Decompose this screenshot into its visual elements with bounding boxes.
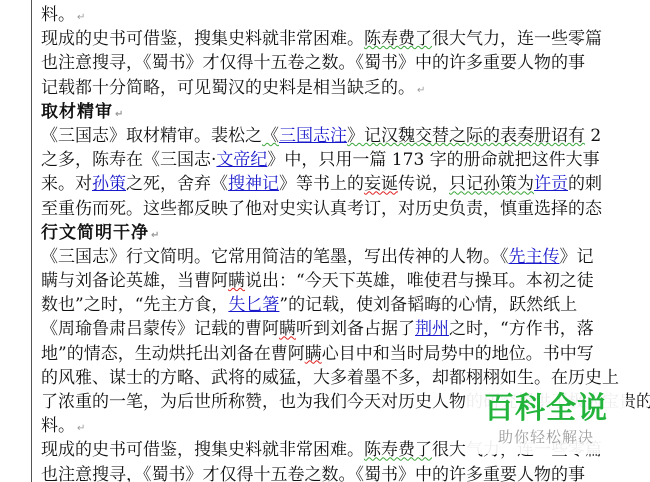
paragraph-mark-icon: ↵ bbox=[151, 230, 160, 241]
paragraph-line: 现成的史书可借鉴，搜集史料就非常困难。陈寿费了很大气力，连一些零篇 bbox=[41, 27, 650, 51]
hyperlink[interactable]: 许贡 bbox=[534, 174, 568, 194]
text-run: 之多，陈寿在《三国志· bbox=[41, 150, 216, 170]
paragraph-line: 也注意搜寻，《蜀书》才仅得十五卷之数。《蜀书》中的许多重要人物的事 bbox=[41, 51, 650, 75]
paragraph-mark-icon: ↵ bbox=[115, 109, 124, 120]
section-heading: 取材精审↵ bbox=[41, 100, 650, 124]
text-run: 数也”之时，“先主方食， bbox=[41, 295, 228, 315]
spelling-flagged-text: 瞒 bbox=[305, 344, 322, 364]
paragraph-line: 也注意搜寻，《蜀书》才仅得十五卷之数。《蜀书》中的许多重要人物的事 bbox=[41, 463, 650, 482]
text-run: 》中，只用一篇 173 字的册命就把这件大事 bbox=[267, 150, 599, 170]
grammar-flagged-text: 陈寿费了 bbox=[364, 440, 432, 460]
paragraph-line: 瞒与刘备论英雄，当曹阿瞒说出：“今天下英雄，唯使君与操耳。本初之徒 bbox=[41, 269, 650, 293]
paragraph-line: 来。对孙策之死，舍弃《搜神记》等书上的妄诞传说，只记孙策为许贡的刺 bbox=[41, 172, 650, 196]
hyperlink[interactable]: 三国志注 bbox=[279, 126, 347, 146]
text-run: 》记 bbox=[560, 247, 594, 267]
hyperlink[interactable]: 孙策 bbox=[92, 174, 126, 194]
hyperlink[interactable]: 失匕箸 bbox=[228, 295, 279, 315]
text-run: 》等书上的 bbox=[279, 174, 364, 194]
text-run: 《三国志》行文简明。它常用简洁的笔墨，写出传神的人物。《 bbox=[41, 247, 509, 267]
text-run: 来。对 bbox=[41, 174, 92, 194]
text-run: 的刺 bbox=[568, 174, 602, 194]
grammar-flagged-text: 只记孙策为 bbox=[449, 174, 534, 194]
grammar-flagged-text: 》记汉魏交替之际的表奏册诏有 bbox=[347, 126, 585, 146]
hyperlink[interactable]: 搜神记 bbox=[228, 174, 279, 194]
text-run: 心目中和当时局势中的地位。书中写 bbox=[322, 344, 594, 364]
text-run: 说出：“今天下英雄，唯使君与操耳。本初之徒 bbox=[245, 271, 594, 291]
text-run: 2 bbox=[585, 126, 601, 146]
text-run: 瞒与刘备论英雄，当曹阿 bbox=[41, 271, 228, 291]
text-run: 现成的史书可借鉴，搜集史料就非常困难。 bbox=[41, 440, 364, 460]
text-run: 现成的史书可借鉴，搜集史料就非常困难。 bbox=[41, 29, 364, 49]
text-run: 取材精审 bbox=[41, 102, 113, 122]
text-run: 之时，“方作书，落 bbox=[449, 319, 594, 339]
text-run: 的风雅、谋士的方略、武将的威猛，大多着墨不多，却都栩栩如生。在历史上 bbox=[41, 368, 619, 388]
paragraph-mark-icon: ↵ bbox=[77, 12, 85, 23]
paragraph-line: 《三国志》取材精审。裴松之《三国志注》记汉魏交替之际的表奏册诏有 2 bbox=[41, 124, 650, 148]
text-run: 之死，舍弃《 bbox=[126, 174, 228, 194]
section-heading: 行文简明干净↵ bbox=[41, 221, 650, 245]
paragraph-line: 《周瑜鲁肃吕蒙传》记载的曹阿瞒听到刘备占据了荆州之时，“方作书，落 bbox=[41, 317, 650, 341]
text-run: 料。 bbox=[41, 416, 75, 436]
paragraph-line: 记载都十分简略，可见蜀汉的史料是相当缺乏的。↵ bbox=[41, 76, 650, 100]
text-run: 传说， bbox=[398, 174, 449, 194]
grammar-flagged-text: 陈寿费了 bbox=[364, 29, 432, 49]
text-run: 《三国志》取材精审。裴松之 bbox=[41, 126, 262, 146]
paragraph-line: 《三国志》行文简明。它常用简洁的笔墨，写出传神的人物。《先主传》记 bbox=[41, 245, 650, 269]
watermark-title: 百科全说 bbox=[466, 391, 626, 427]
grammar-flagged-text: 《 bbox=[262, 126, 279, 146]
text-run: 料。 bbox=[41, 5, 75, 25]
paragraph-line: 之多，陈寿在《三国志·文帝纪》中，只用一篇 173 字的册命就把这件大事 bbox=[41, 148, 650, 172]
text-run: ”的记载，使刘备韬晦的心情，跃然纸上 bbox=[279, 295, 577, 315]
watermark-subtitle: 助你轻松解决 bbox=[466, 427, 626, 447]
paragraph-line: 至重伤而死。这些都反映了他对史实认真考订，对历史负责，慎重选择的态 bbox=[41, 197, 650, 221]
text-run: 《周瑜鲁肃吕蒙传》记载的曹阿 bbox=[41, 319, 279, 339]
paragraph-line: 的风雅、谋士的方略、武将的威猛，大多着墨不多，却都栩栩如生。在历史上 bbox=[41, 366, 650, 390]
paragraph-mark-icon: ↵ bbox=[417, 85, 425, 96]
text-run: 至重伤而死。这些都反映了他对史实认真考订，对历史负责，慎重选择的态 bbox=[41, 199, 602, 219]
text-run: 记载都十分简略，可见蜀汉的史料是相当缺乏的。 bbox=[41, 78, 415, 98]
spelling-flagged-text: 瞒 bbox=[228, 271, 245, 291]
hyperlink[interactable]: 文帝纪 bbox=[216, 150, 267, 170]
document-page: 料。↵现成的史书可借鉴，搜集史料就非常困难。陈寿费了很大气力，连一些零篇也注意搜… bbox=[0, 0, 650, 482]
spelling-flagged-text: 瞒 bbox=[279, 319, 296, 339]
paragraph-line: 料。↵ bbox=[41, 3, 650, 27]
paragraph-line: 地”的情态，生动烘托出刘备在曹阿瞒心目中和当时局势中的地位。书中写 bbox=[41, 342, 650, 366]
text-run: 地”的情态，生动烘托出刘备在曹阿 bbox=[41, 344, 305, 364]
spelling-flagged-text: 妄诞 bbox=[364, 174, 398, 194]
paragraph-mark-icon: ↵ bbox=[77, 423, 85, 434]
watermark-logo: 百科全说 助你轻松解决 bbox=[466, 388, 626, 454]
text-run: 也注意搜寻，《蜀书》才仅得十五卷之数。《蜀书》中的许多重要人物的事 bbox=[41, 465, 585, 482]
text-run: 也注意搜寻，《蜀书》才仅得十五卷之数。《蜀书》中的许多重要人物的事 bbox=[41, 53, 585, 73]
text-run: 行文简明干净 bbox=[41, 223, 149, 243]
text-run: 很大气力，连一些零篇 bbox=[432, 29, 602, 49]
hyperlink[interactable]: 荆州 bbox=[415, 319, 449, 339]
paragraph-line: 数也”之时，“先主方食，失匕箸”的记载，使刘备韬晦的心情，跃然纸上 bbox=[41, 293, 650, 317]
text-run: 听到刘备占据了 bbox=[296, 319, 415, 339]
page-margin-line bbox=[31, 0, 32, 482]
hyperlink[interactable]: 先主传 bbox=[509, 247, 560, 267]
